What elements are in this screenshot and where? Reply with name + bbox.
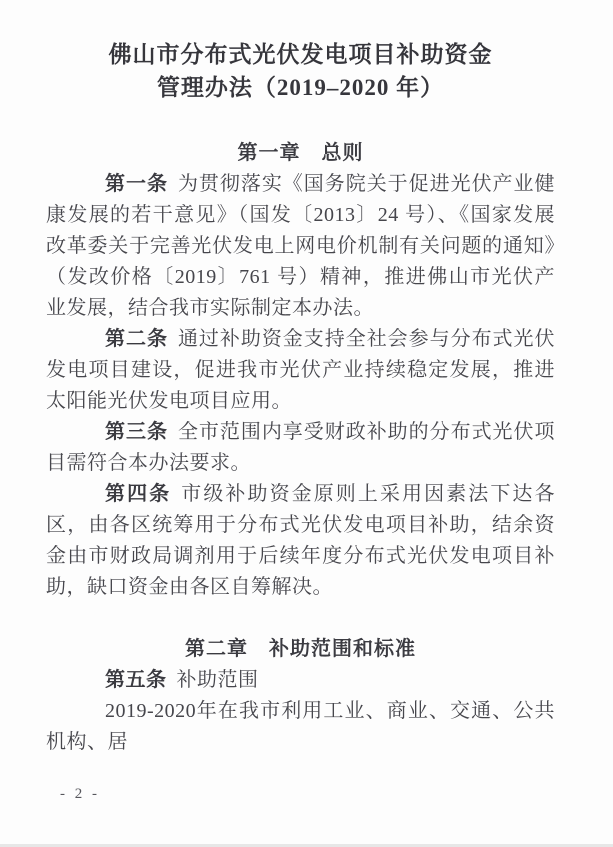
article-5-label: 第五条 [105, 669, 167, 691]
article-4: 第四条市级补助资金原则上采用因素法下达各区，由各区统筹用于分布式光伏发电项目补助… [46, 479, 555, 603]
article-1: 第一条为贯彻落实《国务院关于促进光伏产业健康发展的若干意见》（国发〔2013〕2… [46, 169, 555, 324]
document-title: 佛山市分布式光伏发电项目补助资金 管理办法（2019–2020 年） [46, 38, 555, 104]
article-2: 第二条通过补助资金支持全社会参与分布式光伏发电项目建设，促进我市光伏产业持续稳定… [46, 324, 555, 417]
article-1-label: 第一条 [105, 173, 168, 195]
chapter-1-heading: 第一章 总则 [46, 138, 555, 169]
article-2-label: 第二条 [105, 328, 168, 350]
article-5: 第五条补助范围 [46, 665, 555, 696]
chapter-2-heading: 第二章 补助范围和标准 [46, 634, 555, 665]
article-3: 第三条全市范围内享受财政补助的分布式光伏项目需符合本办法要求。 [46, 417, 555, 479]
article-4-label: 第四条 [105, 483, 171, 505]
page-content: 佛山市分布式光伏发电项目补助资金 管理办法（2019–2020 年） 第一章 总… [46, 0, 555, 758]
chapter-2-body: 第五条补助范围 2019-2020年在我市利用工业、商业、交通、公共机构、居 [46, 665, 555, 758]
document-title-line-1: 佛山市分布式光伏发电项目补助资金 [109, 42, 493, 67]
page-number: - 2 - [60, 786, 100, 803]
article-3-label: 第三条 [105, 421, 168, 443]
document-title-line-2: 管理办法（2019–2020 年） [157, 75, 444, 100]
article-5-text: 补助范围 [177, 669, 259, 691]
chapter-1-body: 第一条为贯彻落实《国务院关于促进光伏产业健康发展的若干意见》（国发〔2013〕2… [46, 169, 555, 603]
chapter-2-paragraph: 2019-2020年在我市利用工业、商业、交通、公共机构、居 [46, 696, 555, 758]
document-page: 佛山市分布式光伏发电项目补助资金 管理办法（2019–2020 年） 第一章 总… [0, 0, 613, 847]
